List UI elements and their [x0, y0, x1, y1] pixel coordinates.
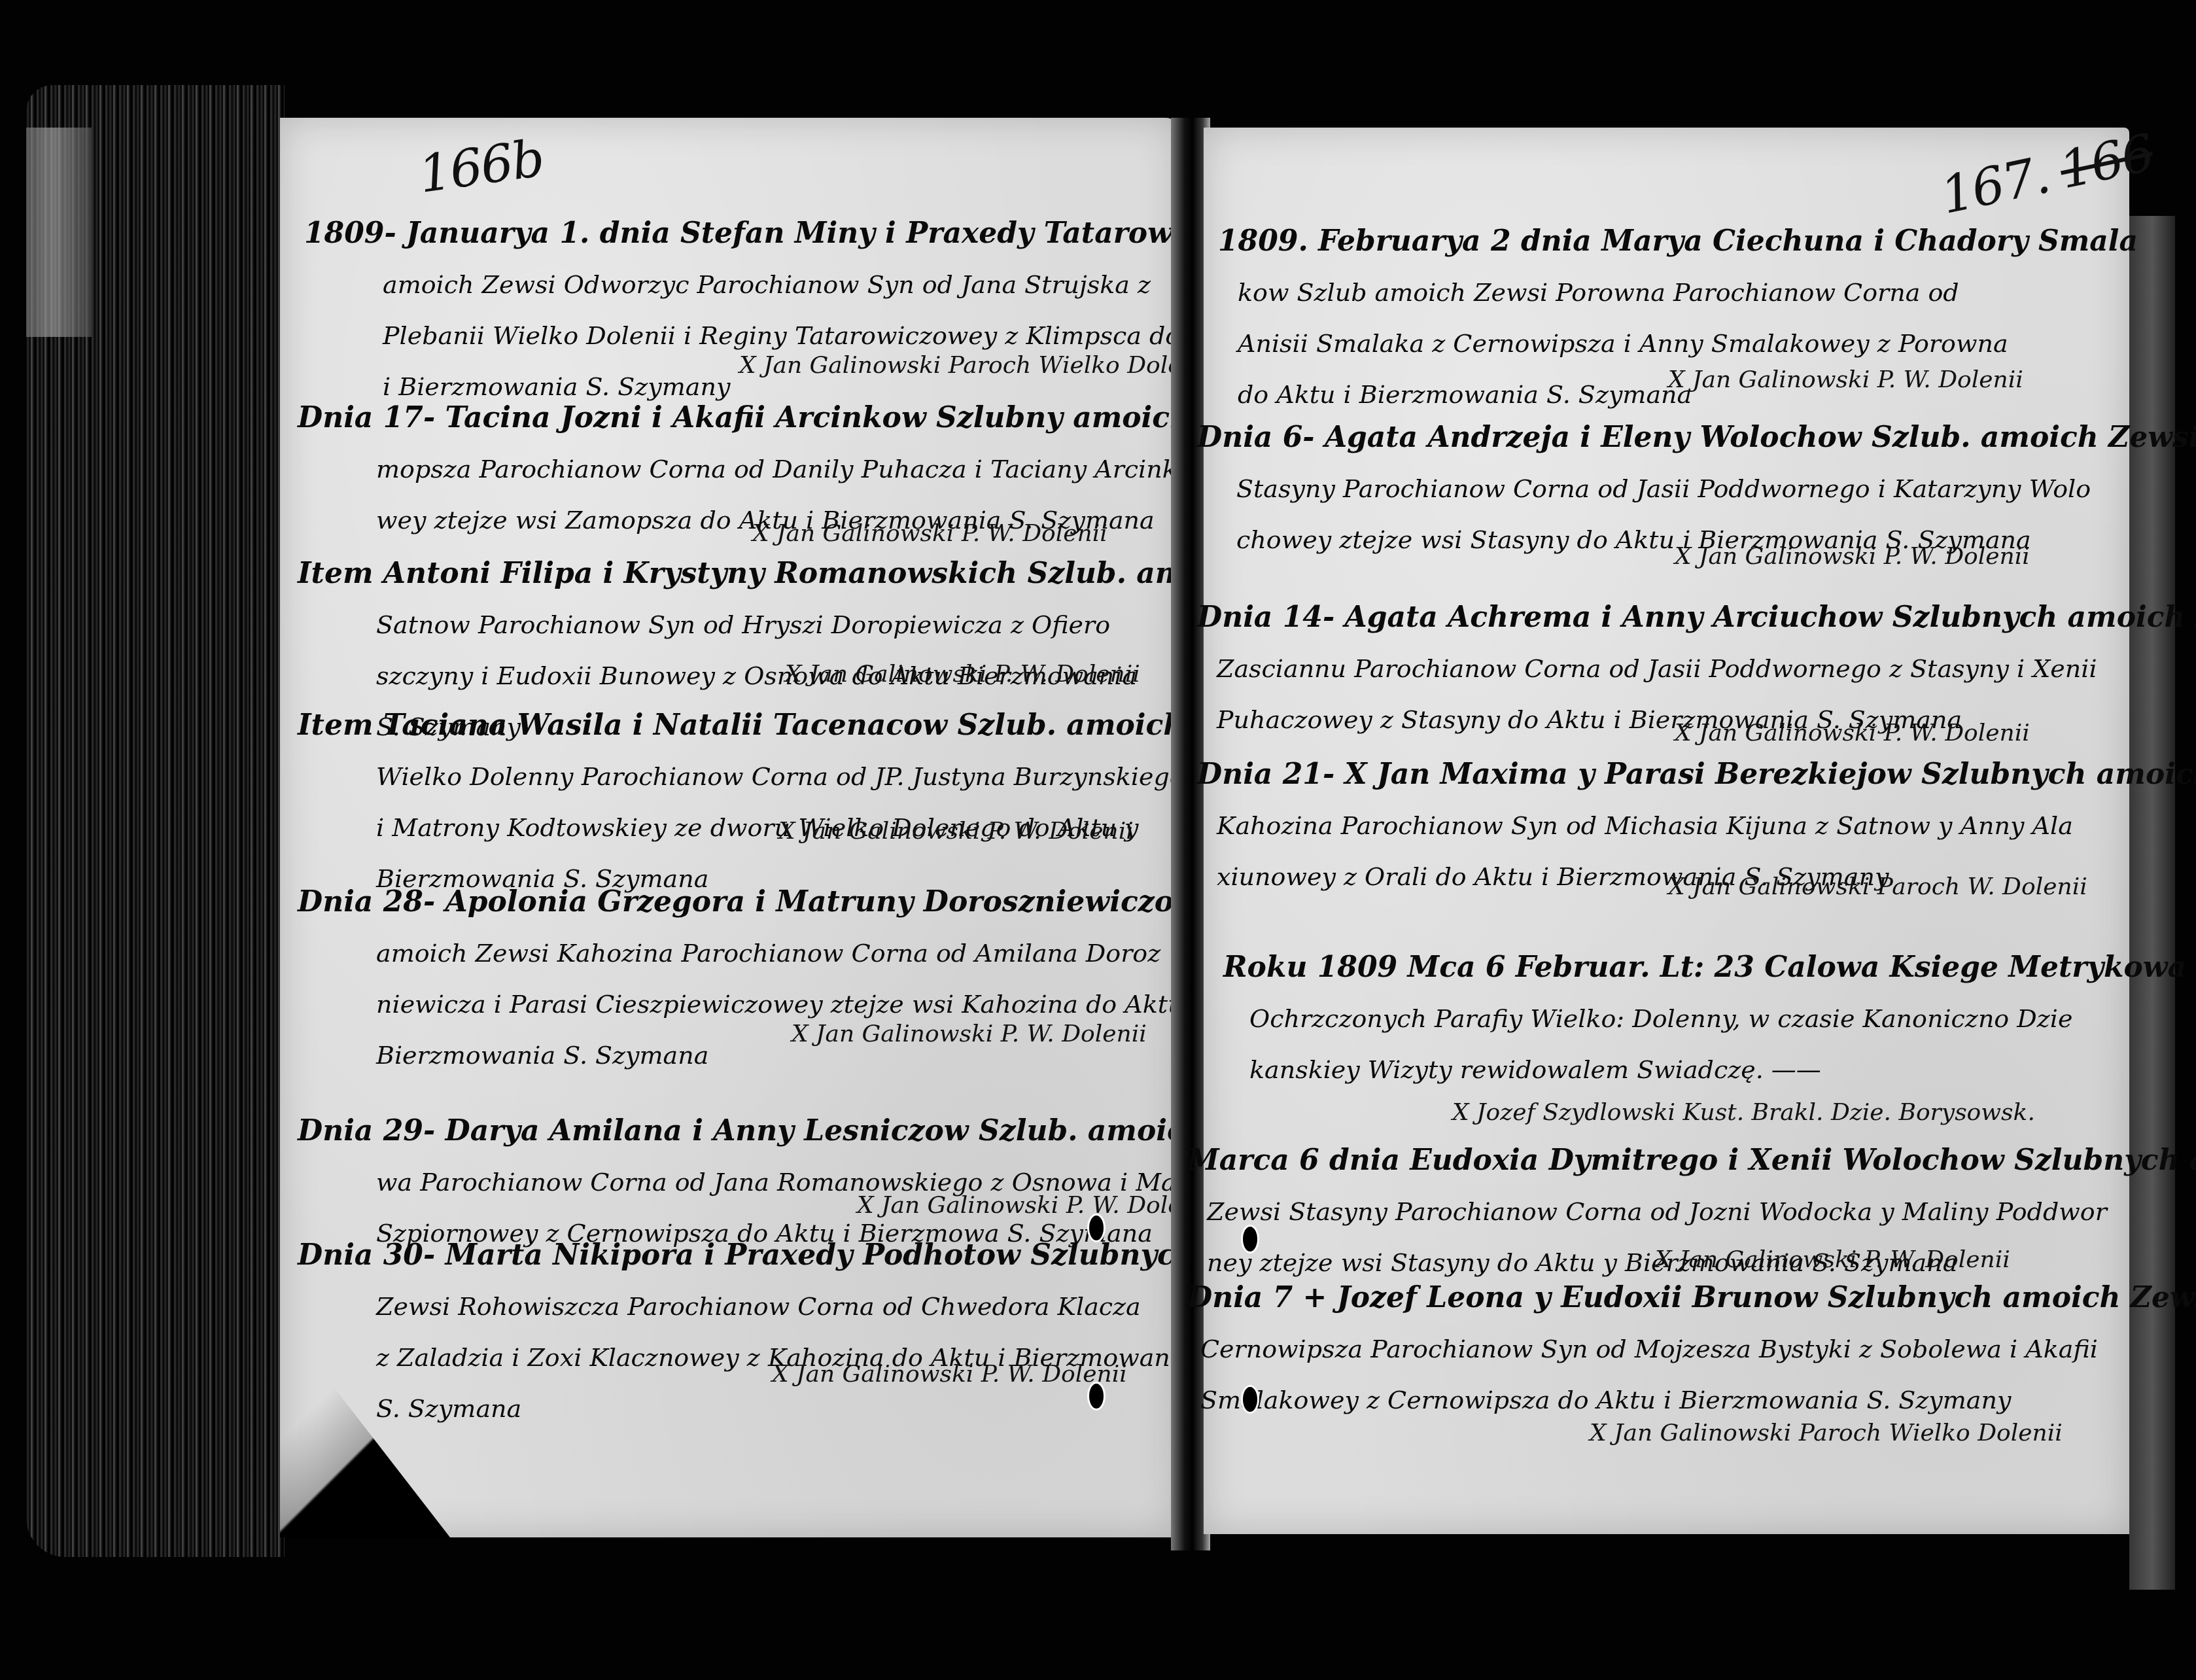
punch-hole [1089, 1384, 1104, 1409]
entry-line: Dnia 14- Agata Achrema i Anny Arciuchow … [1197, 592, 2196, 643]
entry-line: Zasciannu Parochianow Corna od Jasii Pod… [1197, 643, 2196, 694]
entry-line: 1809. Februarya 2 dnia Marya Ciechuna i … [1218, 216, 2138, 267]
priest-signature: X Jan Galinowski P. W. Dolenii [1675, 543, 2030, 570]
entry-line: Anisii Smalaka z Cernowipsza i Anny Smal… [1218, 318, 2138, 369]
entry-line: Smalakowey z Cernowipsza do Aktu i Bierz… [1187, 1374, 2196, 1426]
entry-line: kanskiey Wizyty rewidowalem Swiadczę. —— [1223, 1044, 2186, 1095]
priest-signature: X Jan Galinowski P. W. Dolenii [857, 1192, 1212, 1219]
binding-tab [26, 128, 92, 337]
entry-line: Stasyny Parochianow Corna od Jasii Poddw… [1197, 463, 2196, 514]
priest-signature: X Jan Galinowski Paroch W. Dolenii [1668, 873, 2087, 900]
priest-signature: X Jan Galinowski P. W. Dolenii [772, 1361, 1127, 1388]
entry-line: Kahozina Parochianow Syn od Michasia Kij… [1197, 800, 2196, 851]
punch-hole [1089, 1216, 1104, 1240]
punch-hole [1243, 1387, 1257, 1412]
visitor-signature: X Jozef Szydlowski Kust. Brakl. Dzie. Bo… [1452, 1099, 2035, 1126]
priest-signature: X Jan Galinowski P. W. Dolenii [785, 661, 1140, 688]
entry-line: Dnia 6- Agata Andrzeja i Eleny Wolochow … [1197, 412, 2196, 463]
punch-hole [1243, 1227, 1257, 1251]
priest-signature: X Jan Galinowski Paroch Wielko Dolenii [739, 352, 1212, 379]
priest-signature: X Jan Galinowski P. W. Dolenii [1675, 720, 2030, 746]
priest-signature: X Jan Galinowski P. W. Dolenii [778, 818, 1134, 845]
priest-signature: X Jan Galinowski P. W. Dolenii [1655, 1246, 2010, 1273]
entry-line: Zewsi Rohowiszcza Parochianow Corna od C… [298, 1281, 1323, 1332]
register-entry: Dnia 6- Agata Andrzeja i Eleny Wolochow … [1197, 412, 2196, 565]
entry-line: Roku 1809 Mca 6 Februar. Lt: 23 Calowa K… [1223, 942, 2186, 993]
register-entry: Dnia 7 + Jozef Leona y Eudoxii Brunow Sz… [1187, 1272, 2196, 1426]
entry-line: kow Szlub amoich Zewsi Porowna Parochian… [1218, 267, 2138, 318]
entry-line: Marca 6 dnia Eudoxia Dymitrego i Xenii W… [1187, 1135, 2196, 1186]
priest-signature: X Jan Galinowski P. W. Dolenii [1668, 366, 2023, 393]
priest-signature: X Jan Galinowski Paroch Wielko Dolenii [1590, 1420, 2063, 1446]
entry-line: Dnia 7 + Jozef Leona y Eudoxii Brunow Sz… [1187, 1272, 2196, 1323]
visitation-note: Roku 1809 Mca 6 Februar. Lt: 23 Calowa K… [1223, 942, 2186, 1095]
entry-line: S. Szymana [298, 1383, 1323, 1434]
entry-line: Zewsi Stasyny Parochianow Corna od Jozni… [1187, 1186, 2196, 1237]
entry-line: Dnia 21- X Jan Maxima y Parasi Berezkiej… [1197, 749, 2196, 800]
entry-line: Cernowipsza Parochianow Syn od Mojzesza … [1187, 1323, 2196, 1374]
entry-line: Ochrzczonych Parafiy Wielko: Dolenny, w … [1223, 993, 2186, 1044]
entry-line: Dnia 30- Marta Nikipora i Praxedy Podhot… [298, 1230, 1323, 1281]
priest-signature: X Jan Galinowski P. W. Dolenii [792, 1021, 1147, 1047]
priest-signature: X Jan Galinowski P. W. Dolenii [752, 520, 1107, 547]
register-entry: Dnia 30- Marta Nikipora i Praxedy Podhot… [298, 1230, 1323, 1434]
